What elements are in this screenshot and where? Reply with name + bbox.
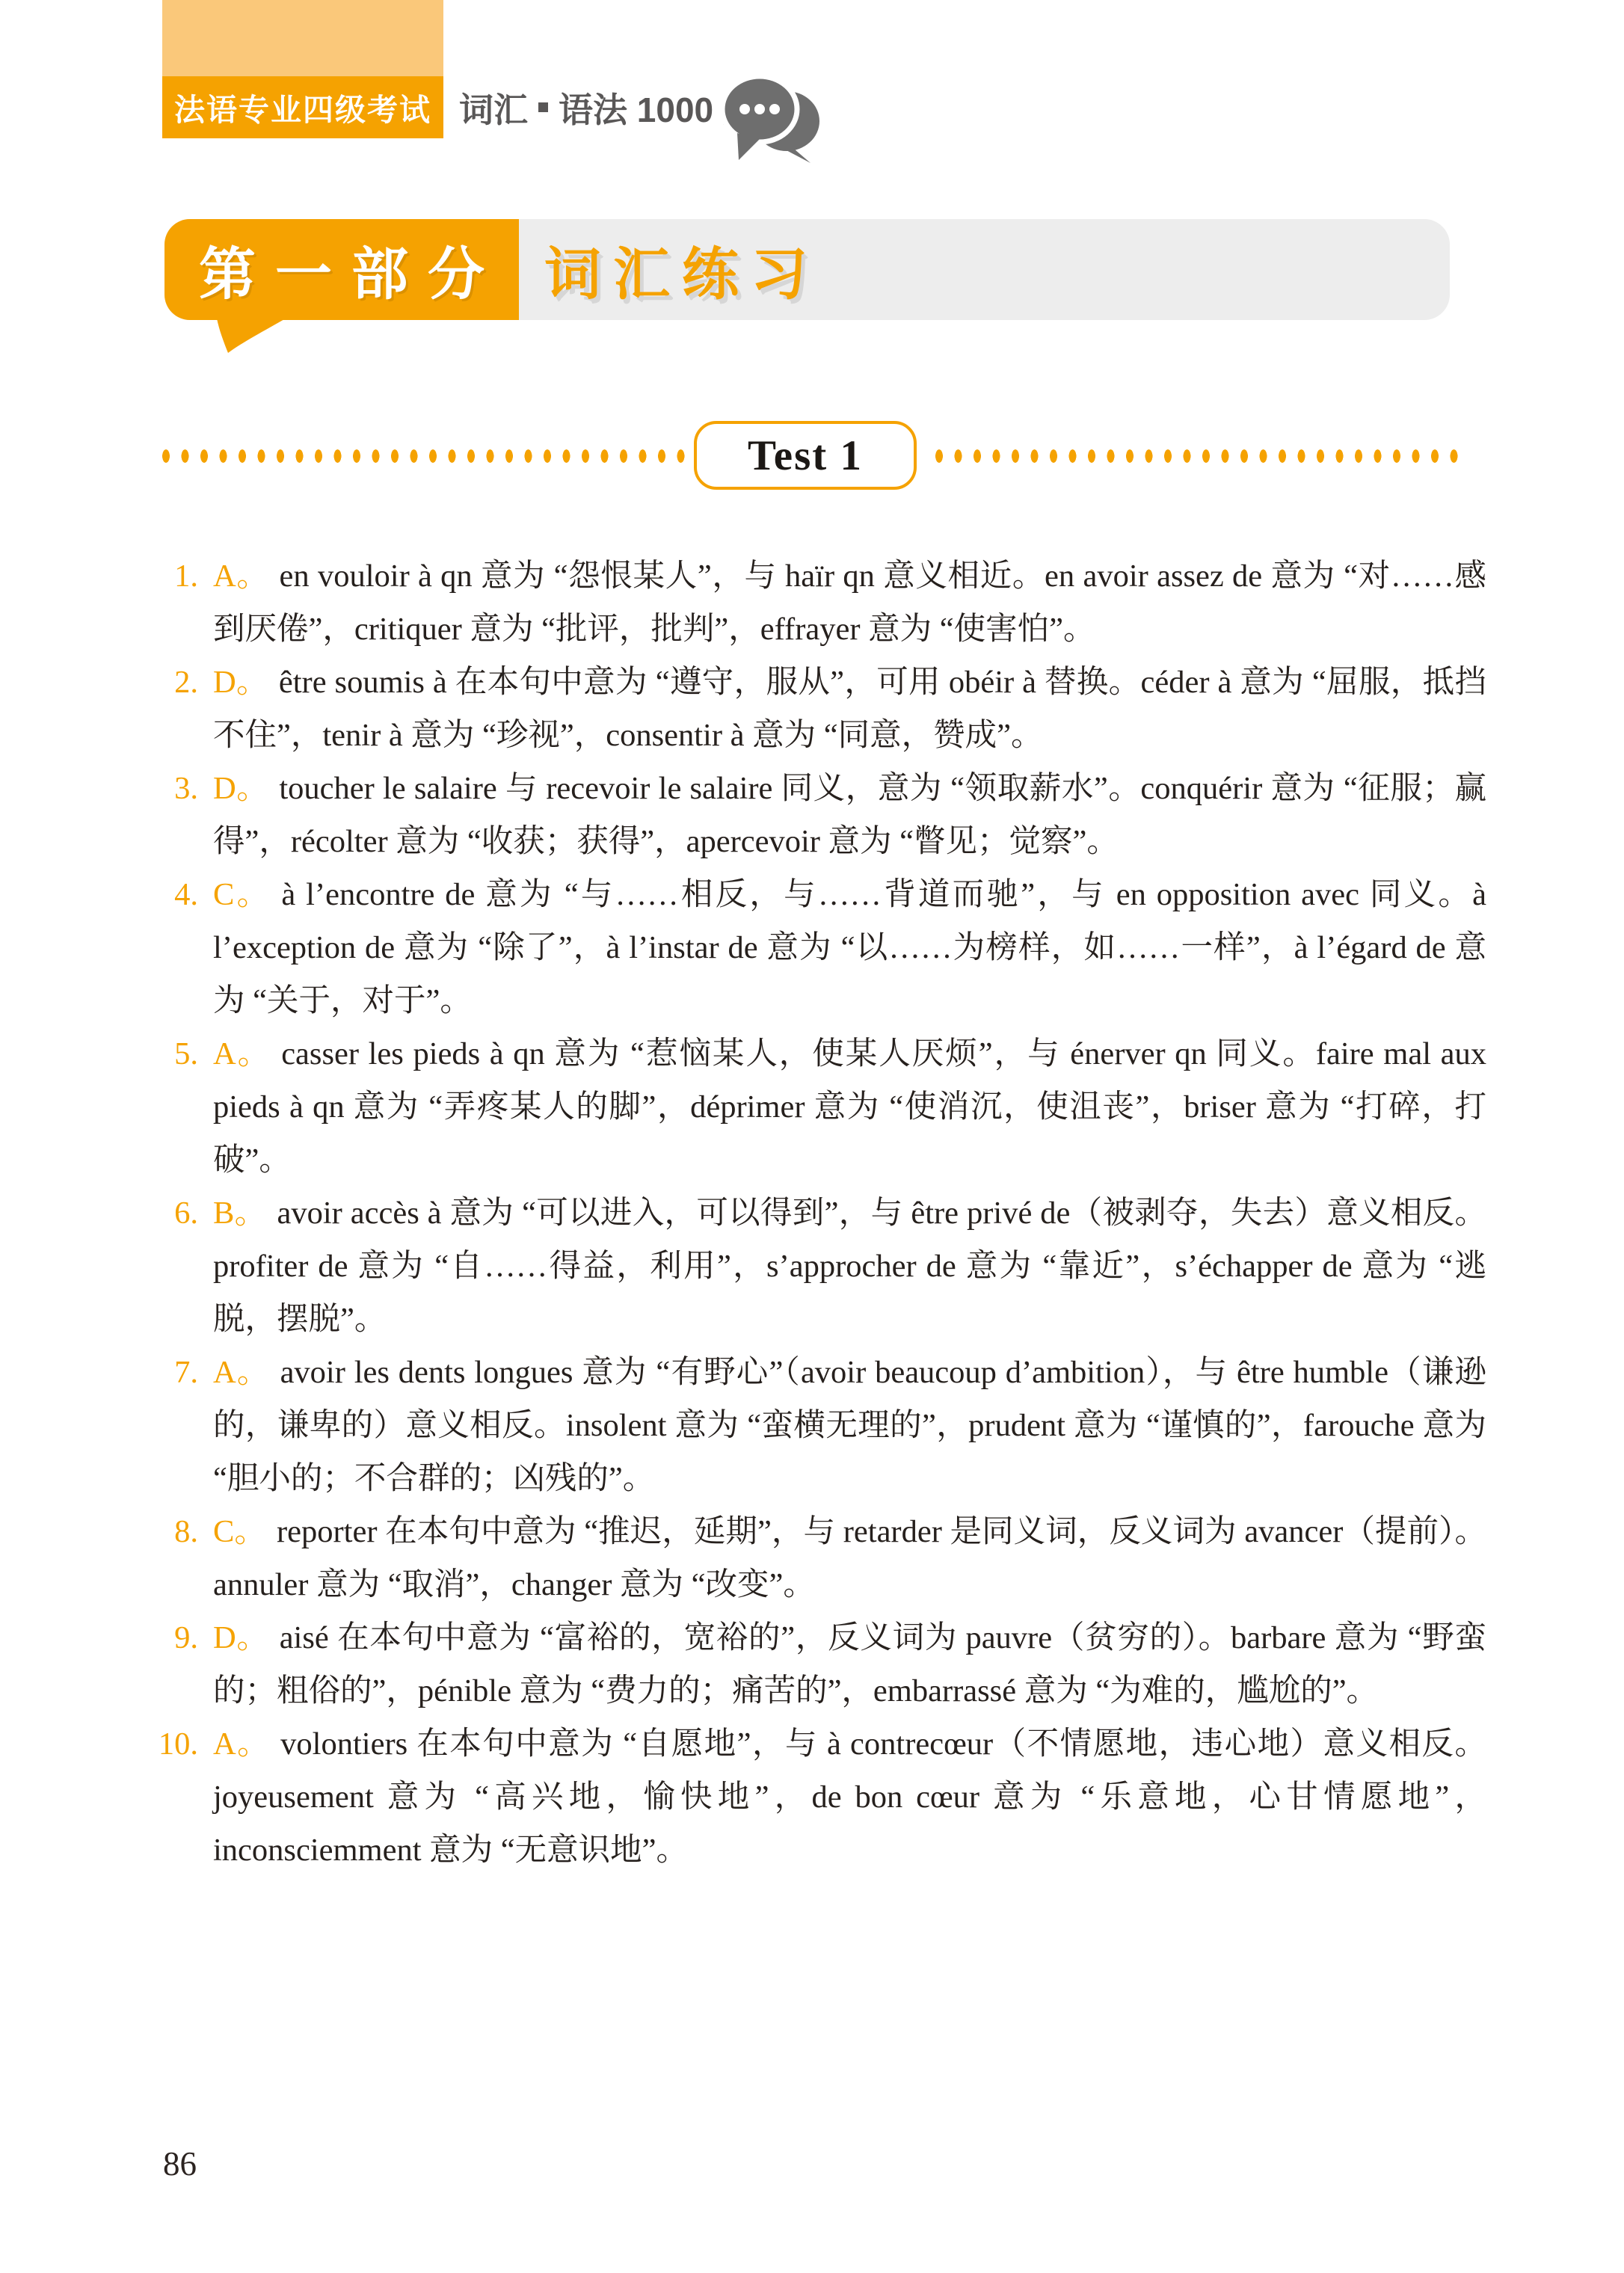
header-brand-box: 法语专业四级考试 bbox=[162, 76, 443, 138]
square-separator-icon bbox=[538, 102, 548, 112]
answer-item-4: 4.C。à l’encontre de 意为 “与……相反，与……背道而驰”，与… bbox=[213, 868, 1486, 1027]
page-number: 86 bbox=[163, 2144, 197, 2183]
answer-item-7: 7.A。avoir les dents longues 意为 “有野心”（avo… bbox=[213, 1346, 1486, 1505]
answer-letter: C。 bbox=[213, 1514, 277, 1549]
dotted-line-left bbox=[157, 444, 685, 468]
banner-tail-pointer bbox=[215, 319, 286, 353]
answer-letter: D。 bbox=[213, 1620, 280, 1655]
test-title: Test 1 bbox=[748, 431, 863, 480]
header-subtitle: 词汇 语法 1000 题 bbox=[459, 76, 757, 138]
header-light-orange-block bbox=[162, 0, 443, 76]
book-page: 法语专业四级考试 词汇 语法 1000 题 第一部分 词汇练习 Test 1 1… bbox=[0, 0, 1624, 2273]
item-number: 2. bbox=[137, 656, 198, 709]
answer-letter: A。 bbox=[213, 1726, 280, 1762]
answer-item-9: 9.D。aisé 在本句中意为 “富裕的，宽裕的”，反义词为 pauvre（贫穷… bbox=[213, 1611, 1486, 1717]
answer-letter: A。 bbox=[213, 559, 280, 594]
item-number: 6. bbox=[137, 1187, 198, 1240]
answer-letter: A。 bbox=[213, 1355, 280, 1390]
item-number: 9. bbox=[137, 1611, 198, 1664]
item-number: 7. bbox=[137, 1346, 198, 1399]
answer-item-2: 2.D。être soumis à 在本句中意为 “遵守，服从”，可用 obéi… bbox=[213, 656, 1486, 762]
answer-explanation: reporter 在本句中意为 “推迟，延期”，与 retarder 是同义词，… bbox=[213, 1514, 1486, 1602]
part-label: 第一部分 bbox=[199, 229, 504, 310]
answer-item-1: 1.A。en vouloir à qn 意为 “怨恨某人”，与 haïr qn … bbox=[213, 550, 1486, 656]
answer-explanation: toucher le salaire 与 recevoir le salaire… bbox=[213, 771, 1486, 859]
item-number: 1. bbox=[137, 550, 198, 603]
answer-explanations-list: 1.A。en vouloir à qn 意为 “怨恨某人”，与 haïr qn … bbox=[213, 550, 1486, 1877]
answer-explanation: avoir accès à 意为 “可以进入，可以得到”，与 être priv… bbox=[213, 1196, 1486, 1337]
test-title-box: Test 1 bbox=[694, 421, 917, 490]
answer-item-6: 6.B。avoir accès à 意为 “可以进入，可以得到”，与 être … bbox=[213, 1187, 1486, 1346]
answer-item-10: 10.A。volontiers 在本句中意为 “自愿地”，与 à contrec… bbox=[213, 1717, 1486, 1877]
answer-letter: D。 bbox=[213, 771, 279, 806]
answer-explanation: avoir les dents longues 意为 “有野心”（avoir b… bbox=[213, 1355, 1486, 1496]
dotted-line-right bbox=[930, 444, 1458, 468]
answer-item-8: 8.C。reporter 在本句中意为 “推迟，延期”，与 retarder 是… bbox=[213, 1505, 1486, 1611]
answer-letter: C。 bbox=[213, 877, 281, 912]
item-number: 5. bbox=[137, 1027, 198, 1080]
answer-explanation: être soumis à 在本句中意为 “遵守，服从”，可用 obéir à … bbox=[213, 665, 1486, 753]
item-number: 4. bbox=[137, 868, 198, 921]
item-number: 3. bbox=[137, 762, 198, 815]
answer-explanation: casser les pieds à qn 意为 “惹恼某人，使某人厌烦”，与 … bbox=[213, 1036, 1486, 1178]
part-banner: 第一部分 词汇练习 bbox=[164, 219, 1450, 320]
answer-letter: D。 bbox=[213, 665, 279, 700]
answer-item-5: 5.A。casser les pieds à qn 意为 “惹恼某人，使某人厌烦… bbox=[213, 1027, 1486, 1187]
answer-letter: A。 bbox=[213, 1036, 281, 1071]
header-subtitle-part1: 词汇 bbox=[459, 83, 528, 132]
answer-explanation: volontiers 在本句中意为 “自愿地”，与 à contrecœur（不… bbox=[213, 1726, 1486, 1868]
answer-explanation: à l’encontre de 意为 “与……相反，与……背道而驰”，与 en … bbox=[213, 877, 1486, 1018]
part-banner-orange-tab: 第一部分 bbox=[164, 219, 519, 320]
brand-title: 法语专业四级考试 bbox=[174, 85, 431, 129]
answer-explanation: aisé 在本句中意为 “富裕的，宽裕的”，反义词为 pauvre（贫穷的）。b… bbox=[213, 1620, 1486, 1708]
chat-bubbles-icon bbox=[718, 73, 830, 164]
answer-explanation: en vouloir à qn 意为 “怨恨某人”，与 haïr qn 意义相近… bbox=[213, 559, 1486, 647]
item-number: 8. bbox=[137, 1505, 198, 1558]
item-number: 10. bbox=[137, 1717, 198, 1771]
answer-letter: B。 bbox=[213, 1196, 277, 1231]
section-title: 词汇练习 bbox=[544, 219, 819, 320]
answer-item-3: 3.D。toucher le salaire 与 recevoir le sal… bbox=[213, 762, 1486, 868]
